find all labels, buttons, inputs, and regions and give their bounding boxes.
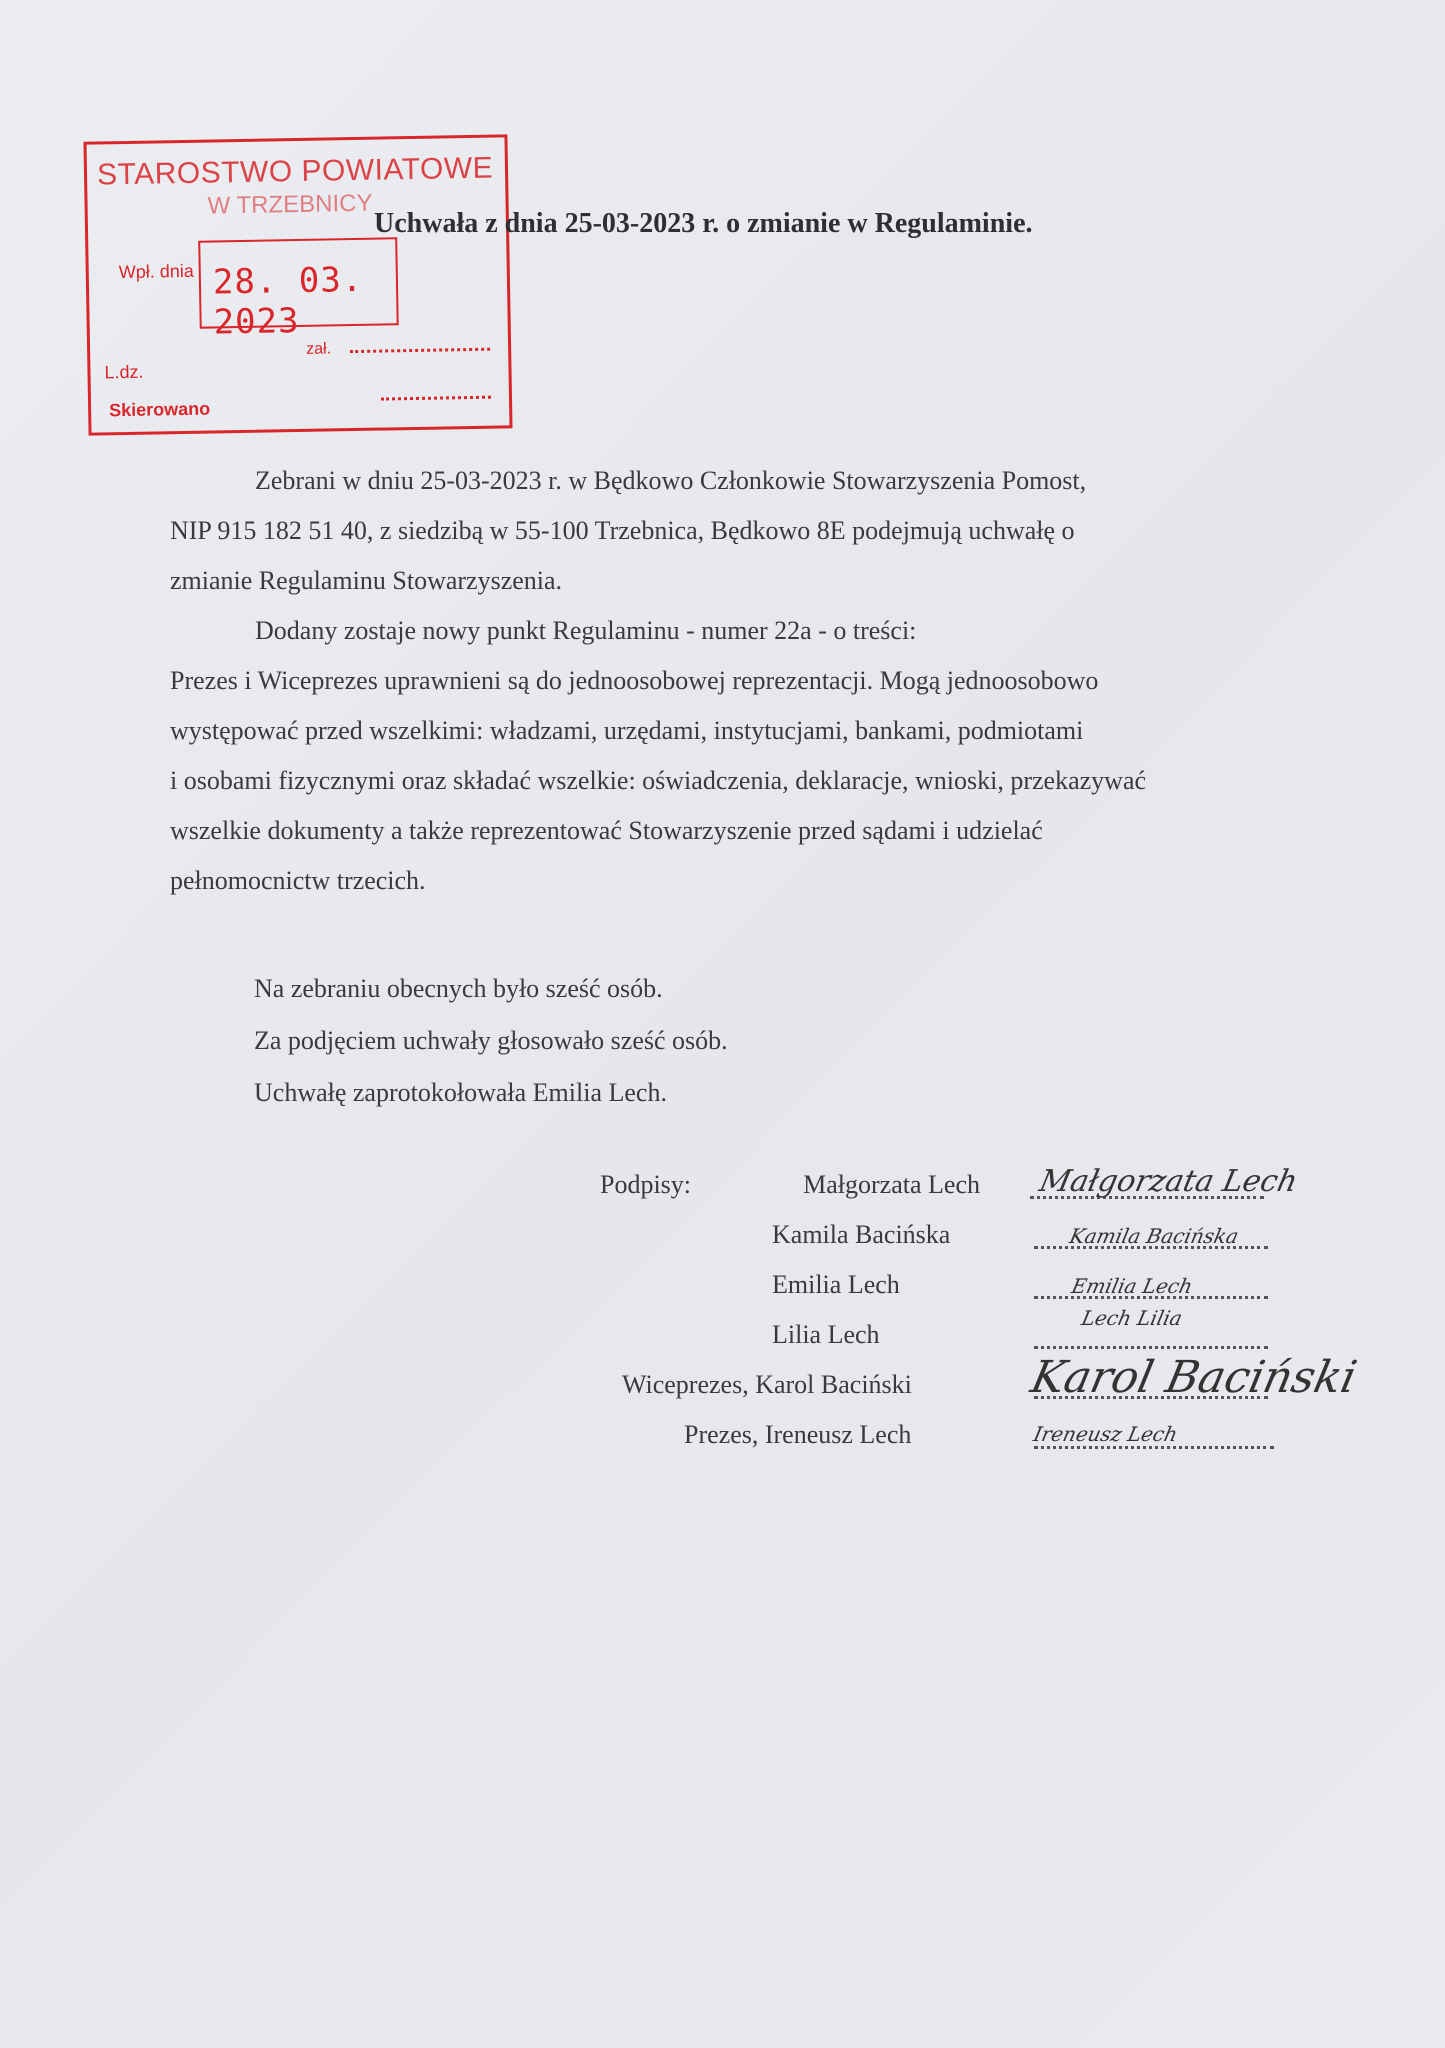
stamp-directed-line [381,396,491,401]
stamp-date-box: 28. 03. 2023 [198,237,399,328]
signature-row: Lilia Lech Lech Lilia [772,1320,880,1360]
signature-row: Kamila Bacińska Kamila Bacińska [600,1220,976,1260]
signature-row: Małgorzata Lech Małgorzata Lech [600,1170,980,1210]
signer-name: Kamila Bacińska [772,1220,950,1250]
signature-line [1034,1346,1268,1349]
handwritten-signature: Lech Lilia [1079,1306,1184,1330]
signer-name: Prezes, Ireneusz Lech [684,1420,911,1449]
stamp-office-city: W TRZEBNICY [207,190,372,221]
stamp-attachments-label: zał. [306,340,331,358]
paragraph-line: Dodany zostaje nowy punkt Regulaminu - n… [170,606,1220,656]
stamp-received-label: Wpł. dnia [119,261,194,282]
voting-summary: Na zebraniu obecnych było sześć osób. Za… [254,963,728,1119]
handwritten-signature: Ireneusz Lech [1031,1422,1179,1446]
votes-line: Za podjęciem uchwały głosowało sześć osó… [254,1015,728,1067]
signature-row: Prezes, Ireneusz Lech Ireneusz Lech [684,1420,911,1460]
paragraph-line: Zebrani w dniu 25-03-2023 r. w Będkowo C… [170,456,1220,506]
paragraph-line: wszelkie dokumenty a także reprezentować… [170,806,1220,856]
handwritten-signature: Emilia Lech [1069,1274,1194,1298]
paragraph-meeting: Zebrani w dniu 25-03-2023 r. w Będkowo C… [170,456,1220,606]
handwritten-signature: Kamila Bacińska [1067,1224,1240,1248]
signer-name: Wiceprezes, Karol Baciński [622,1370,912,1399]
stamp-ref-label: L.dz. [104,362,143,384]
signer-name: Małgorzata Lech [803,1170,980,1200]
signature-row: Emilia Lech Emilia Lech [772,1270,900,1310]
stamp-directed-label: Skierowano [109,399,210,422]
paragraph-line: Prezes i Wiceprezes uprawnieni są do jed… [170,656,1220,706]
paragraph-line: NIP 915 182 51 40, z siedzibą w 55-100 T… [170,506,1220,556]
signature-line [1034,1446,1274,1449]
paragraph-line: zmianie Regulaminu Stowarzyszenia. [170,556,1220,606]
stamp-received-date: 28. 03. 2023 [213,259,397,342]
attendance-line: Na zebraniu obecnych było sześć osób. [254,963,728,1015]
registry-stamp: STAROSTWO POWIATOWE W TRZEBNICY Wpł. dni… [83,134,512,435]
handwritten-signature: Małgorzata Lech [1036,1164,1300,1199]
paragraph-line: pełnomocnictw trzecich. [170,856,1220,906]
handwritten-signature: Karol Baciński [1027,1352,1361,1403]
paragraph-line: i osobami fizycznymi oraz składać wszelk… [170,756,1220,806]
signer-name: Lilia Lech [772,1320,880,1349]
paragraph-line: występować przed wszelkimi: władzami, ur… [170,706,1220,756]
document-page: STAROSTWO POWIATOWE W TRZEBNICY Wpł. dni… [0,0,1445,2048]
paragraph-amendment: Dodany zostaje nowy punkt Regulaminu - n… [170,606,1220,906]
minutes-taker-line: Uchwałę zaprotokołowała Emilia Lech. [254,1067,728,1119]
stamp-attachments-line [350,348,490,353]
stamp-office-name: STAROSTWO POWIATOWE [97,152,494,193]
signature-row: Wiceprezes, Karol Baciński Karol Bacińsk… [622,1370,912,1410]
signer-name: Emilia Lech [772,1270,900,1299]
document-title: Uchwała z dnia 25-03-2023 r. o zmianie w… [374,208,1033,240]
